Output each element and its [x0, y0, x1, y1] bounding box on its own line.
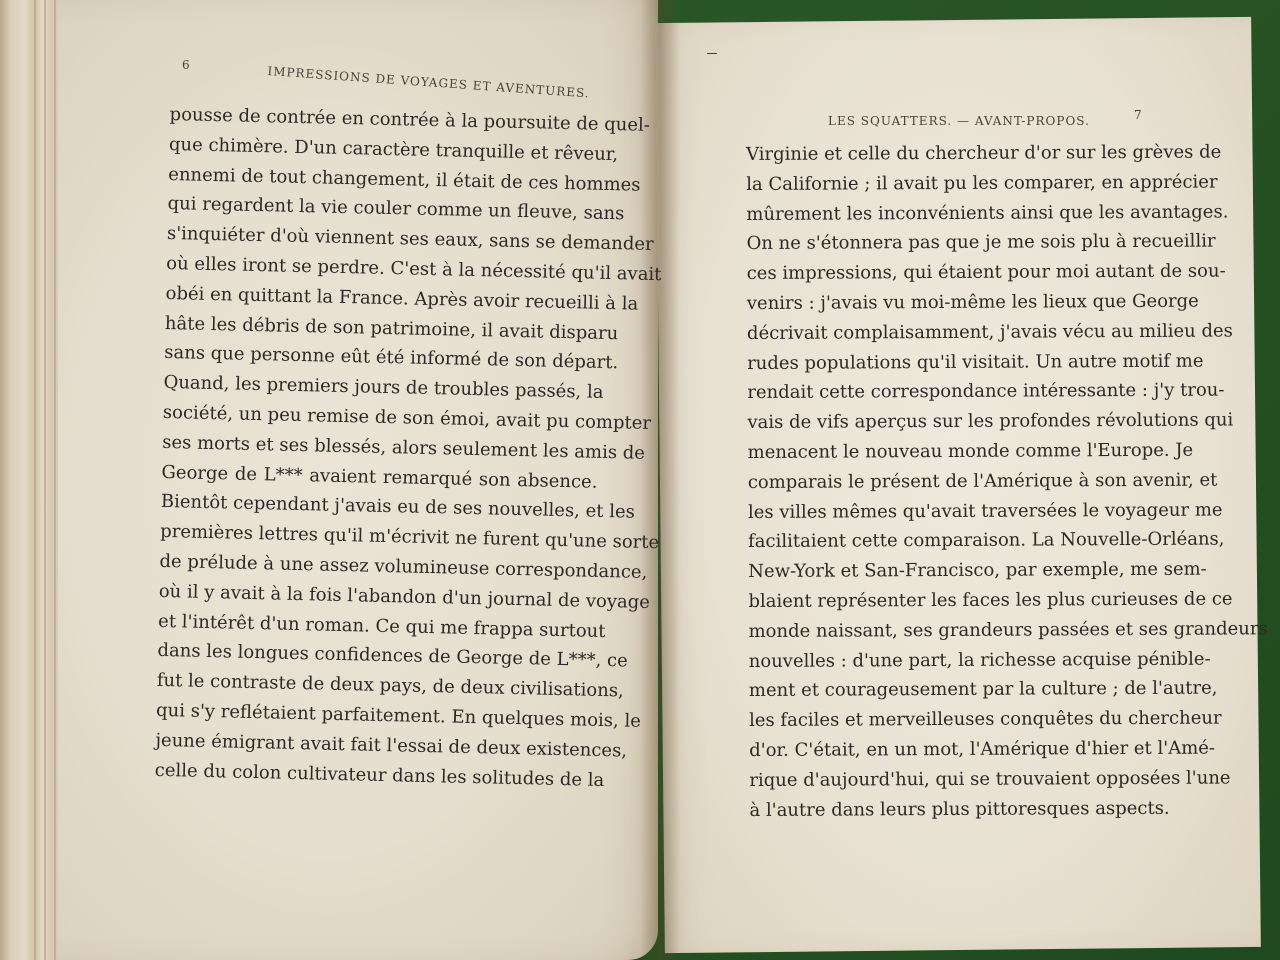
text-line: monde naissant, ses grandeurs passées et… [748, 615, 1120, 647]
text-line: à l'autre dans leurs plus pittoresques a… [749, 794, 1121, 826]
text-line: vais de vifs aperçus sur les profondes r… [747, 406, 1119, 438]
right-page-body: Virginie et celle du chercheur d'or sur … [746, 138, 1122, 825]
open-book-photo: 6 IMPRESSIONS DE VOYAGES ET AVENTURES. L… [0, 0, 1280, 960]
text-line: Virginie et celle du chercheur d'or sur … [746, 138, 1118, 170]
page-edge-line [54, 0, 56, 960]
text-line: rique d'aujourd'hui, qui se trouvaient o… [749, 764, 1121, 796]
page-edge-line [34, 0, 36, 960]
text-line: New-York et San-Francisco, par exemple, … [748, 555, 1120, 587]
text-line: nouvelles : d'une part, la richesse acqu… [749, 645, 1121, 677]
printer-mark [707, 53, 717, 54]
text-line: rendait cette correspondance intéressant… [747, 376, 1119, 408]
right-running-head: LES SQUATTERS. — AVANT-PROPOS. [828, 114, 1090, 128]
text-line: venirs : j'avais vu moi-même les lieux q… [747, 287, 1119, 319]
text-line: facilitaient cette comparaison. La Nouve… [748, 525, 1120, 557]
text-line: rudes populations qu'il visitait. Un aut… [747, 347, 1119, 379]
book-gutter [640, 0, 680, 960]
page-edge-line [44, 0, 46, 960]
text-line: les faciles et merveilleuses conquêtes d… [749, 704, 1121, 736]
text-line: la Californie ; il avait pu les comparer… [746, 168, 1118, 200]
text-line: mûrement les inconvénients ainsi que les… [746, 198, 1118, 230]
text-line: On ne s'étonnera pas que je me sois plu … [746, 227, 1118, 259]
text-line: ces impressions, qui étaient pour moi au… [747, 257, 1119, 289]
text-line: ment et courageusement par la culture ; … [749, 674, 1121, 706]
text-line: décrivait complaisamment, j'avais vécu a… [747, 317, 1119, 349]
text-line: les villes mêmes qu'avait traversées le … [748, 496, 1120, 528]
right-page-number: 7 [1134, 108, 1142, 122]
text-line: menacent le nouveau monde comme l'Europe… [748, 436, 1120, 468]
text-line: d'or. C'était, en un mot, l'Amérique d'h… [749, 734, 1121, 766]
text-line: blaient représenter les faces les plus c… [748, 585, 1120, 617]
left-page-body: pousse de contrée en contrée à la poursu… [154, 100, 605, 795]
left-page-number: 6 [182, 58, 190, 72]
text-line: comparais le présent de l'Amérique à son… [748, 466, 1120, 498]
